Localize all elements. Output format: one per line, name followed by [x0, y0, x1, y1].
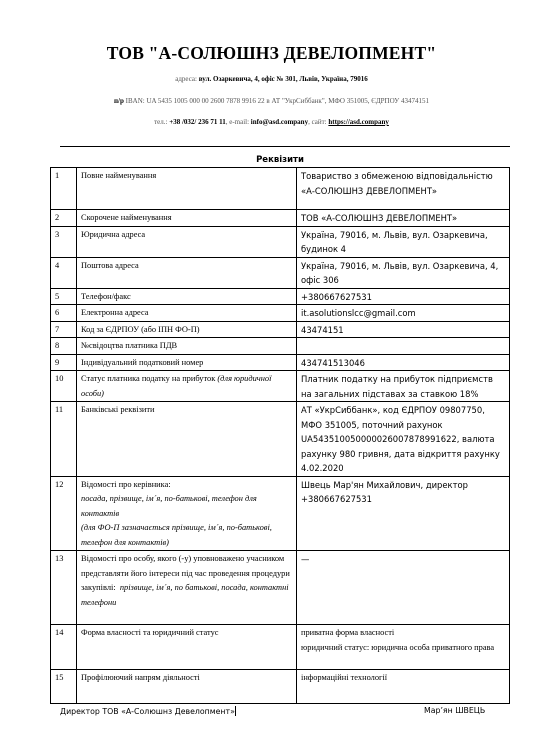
row-label: Відомості про керівника: посада, прізвищ…	[77, 476, 297, 551]
row-number: 1	[51, 168, 77, 210]
row-number: 5	[51, 288, 77, 305]
row-label: Банківські реквізити	[77, 402, 297, 477]
row-value: it.asolutionslcc@gmail.com	[297, 305, 510, 322]
row-label-note: посада, прізвище, ім´я, по-батькові, тел…	[81, 492, 292, 521]
company-bank-line: п/р IBAN: UA 5435 1005 000 00 2600 7878 …	[0, 97, 543, 105]
company-address: адреса: вул. Озаркевича, 4, офіс № 301, …	[0, 75, 543, 83]
table-row: 6 Електронна адреса it.asolutionslcc@gma…	[51, 305, 510, 322]
director-name: Швець Мар'ян Михайлович, директор	[301, 478, 505, 493]
director-phone: +380667627531	[301, 492, 505, 507]
iban-label: п/р	[114, 97, 124, 105]
address-label: адреса:	[175, 75, 197, 83]
row-value: —	[297, 551, 510, 625]
table-row: 5 Телефон/факс +380667627531	[51, 288, 510, 305]
requisites-table: 1 Повне найменування Товариство з обмеже…	[50, 167, 510, 704]
row-number: 15	[51, 670, 77, 704]
row-label-main: Відомості про керівника:	[81, 478, 292, 493]
row-number: 11	[51, 402, 77, 477]
signatory-name: Мар’ян ШВЕЦЬ	[424, 706, 485, 715]
table-row: 4 Поштова адреса Україна, 79016, м. Льві…	[51, 257, 510, 288]
row-label: Юридична адреса	[77, 226, 297, 257]
phone-value: +38 /032/ 236 71 11	[169, 118, 226, 126]
row-value: 434741513046	[297, 354, 510, 371]
row-number: 12	[51, 476, 77, 551]
row-number: 9	[51, 354, 77, 371]
text-cursor	[235, 706, 236, 716]
row-number: 7	[51, 321, 77, 338]
row-value: приватна форма власності юридичний стату…	[297, 625, 510, 670]
row-label: Електронна адреса	[77, 305, 297, 322]
row-number: 2	[51, 210, 77, 227]
requisites-title: Реквізити	[50, 155, 510, 165]
email-label: , e-mail:	[226, 118, 249, 126]
row-number: 4	[51, 257, 77, 288]
address-value: вул. Озаркевича, 4, офіс № 301, Львів, У…	[199, 75, 368, 83]
row-value: +380667627531	[297, 288, 510, 305]
site-link[interactable]: https://asd.company	[328, 118, 388, 126]
table-row: 12 Відомості про керівника: посада, пріз…	[51, 476, 510, 551]
ownership-form: приватна форма власності	[301, 626, 505, 641]
row-number: 13	[51, 551, 77, 625]
row-value: Платник податку на прибуток підприємств …	[297, 371, 510, 402]
row-value: ТОВ «А-СОЛЮШНЗ ДЕВЕЛОПМЕНТ»	[297, 210, 510, 227]
row-label: Індивідуальний податковий номер	[77, 354, 297, 371]
row-label: Код за ЄДРПОУ (або ІПН ФО-П)	[77, 321, 297, 338]
row-value: інформаційні технології	[297, 670, 510, 704]
table-row: 13 Відомості про особу, якого (-у) уповн…	[51, 551, 510, 625]
row-label-note-fop: (для ФО-П зазначається прізвище, ім´я, п…	[81, 521, 292, 550]
row-value: Швець Мар'ян Михайлович, директор +38066…	[297, 476, 510, 551]
table-row: 3 Юридична адреса Україна, 79016, м. Льв…	[51, 226, 510, 257]
row-number: 10	[51, 371, 77, 402]
row-label: Відомості про особу, якого (-у) уповнова…	[77, 551, 297, 625]
phone-label: тел.:	[154, 118, 167, 126]
table-row: 9 Індивідуальний податковий номер 434741…	[51, 354, 510, 371]
table-row: 11 Банківські реквізити АТ «УкрСиббанк»,…	[51, 402, 510, 477]
table-row: 10 Статус платника податку на прибуток (…	[51, 371, 510, 402]
row-value: 43474151	[297, 321, 510, 338]
company-title: ТОВ "А-СОЛЮШНЗ ДЕВЕЛОПМЕНТ"	[0, 43, 543, 64]
email-value[interactable]: info@asd.company	[251, 118, 308, 126]
row-label: Поштова адреса	[77, 257, 297, 288]
site-label: , сайт:	[308, 118, 327, 126]
row-number: 6	[51, 305, 77, 322]
row-label: Статус платника податку на прибуток (для…	[77, 371, 297, 402]
row-label: №свідоцтва платника ПДВ	[77, 338, 297, 355]
row-number: 3	[51, 226, 77, 257]
row-number: 8	[51, 338, 77, 355]
signatory-position: Директор ТОВ «А-Солюшнз Девелопмент»	[60, 706, 236, 716]
iban-text: IBAN: UA 5435 1005 000 00 2600 7878 9916…	[126, 97, 429, 105]
row-value: Україна, 79016, м. Львів, вул. Озаркевич…	[297, 257, 510, 288]
row-label: Телефон/факс	[77, 288, 297, 305]
row-label: Скорочене найменування	[77, 210, 297, 227]
row-label: Профілюючий напрям діяльності	[77, 670, 297, 704]
row-value: АТ «УкрСиббанк», код ЄДРПОУ 09807750, МФ…	[297, 402, 510, 477]
table-row: 15 Профілюючий напрям діяльності інформа…	[51, 670, 510, 704]
row-label: Форма власності та юридичний статус	[77, 625, 297, 670]
table-row: 7 Код за ЄДРПОУ (або ІПН ФО-П) 43474151	[51, 321, 510, 338]
table-row: 2 Скорочене найменування ТОВ «А-СОЛЮШНЗ …	[51, 210, 510, 227]
table-row: 14 Форма власності та юридичний статус п…	[51, 625, 510, 670]
row-number: 14	[51, 625, 77, 670]
legal-status: юридичний статус: юридична особа приватн…	[301, 641, 505, 656]
row-label: Повне найменування	[77, 168, 297, 210]
company-contacts: тел.: +38 /032/ 236 71 11, e-mail: info@…	[0, 118, 543, 126]
header-divider	[60, 146, 510, 147]
row-label-main: Статус платника податку на прибуток	[81, 374, 215, 383]
row-value	[297, 338, 510, 355]
table-row: 8 №свідоцтва платника ПДВ	[51, 338, 510, 355]
row-value: Товариство з обмеженою відповідальністю …	[297, 168, 510, 210]
row-value: Україна, 79016, м. Львів, вул. Озаркевич…	[297, 226, 510, 257]
signatory-position-text: Директор ТОВ «А-Солюшнз Девелопмент»	[60, 707, 235, 716]
table-row: 1 Повне найменування Товариство з обмеже…	[51, 168, 510, 210]
